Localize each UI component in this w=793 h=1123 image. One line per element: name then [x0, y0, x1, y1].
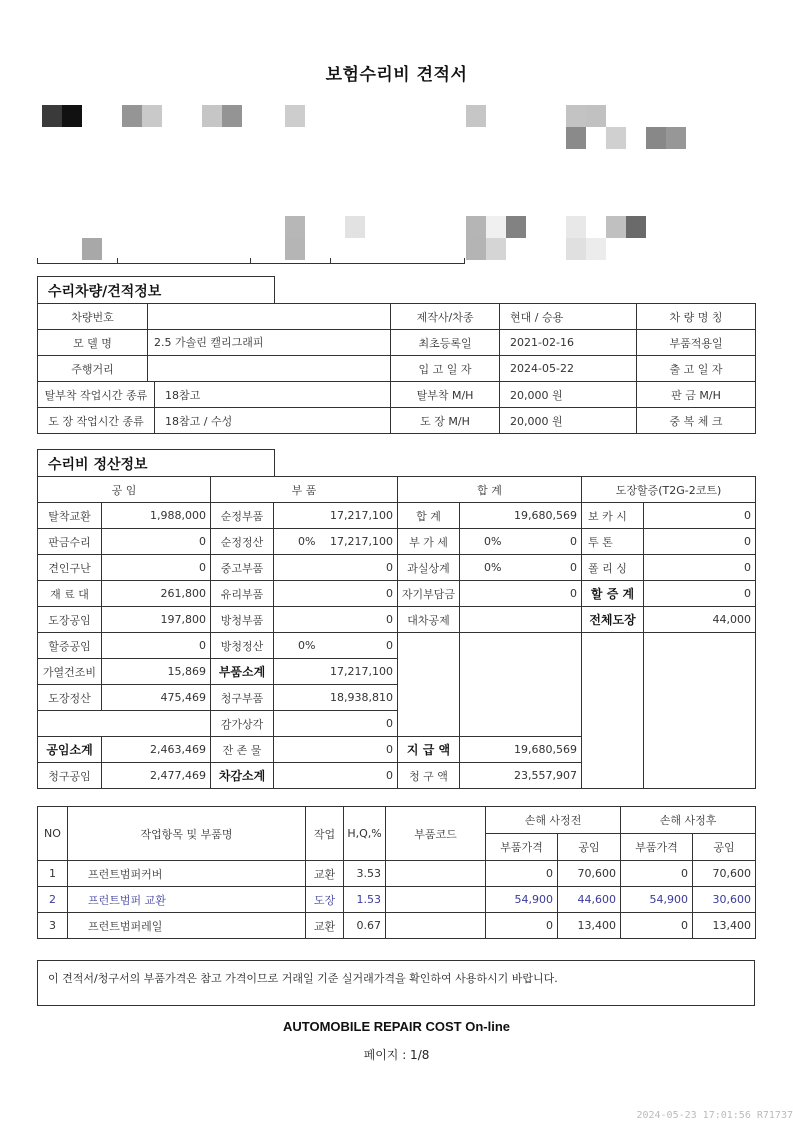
- field-value: [148, 304, 391, 330]
- field-label: 부품적용일: [637, 330, 756, 356]
- parts-label: 순정정산: [211, 529, 274, 555]
- parts-label: 방청부품: [211, 607, 274, 633]
- totals-value: 0%0: [460, 555, 582, 581]
- vehicle-row: 탈부착 작업시간 종류18참고탈부착 M/H20,000 원판 금 M/H20,…: [38, 382, 756, 408]
- parts-value: 17,217,100: [274, 659, 398, 685]
- vehicle-row: 도 장 작업시간 종류18참고 / 수성도 장 M/H20,000 원중 복 체…: [38, 408, 756, 434]
- labor-label: 탈착교환: [38, 503, 102, 529]
- vehicle-info-table: 차량번호제작사/차종현대 / 승용차 량 명 칭그랜저(22)-GN7모 델 명…: [37, 303, 756, 434]
- field-label: 판 금 M/H: [637, 382, 756, 408]
- item-part-code: [386, 861, 486, 887]
- item-part-code: [386, 913, 486, 939]
- page-indicator: 페이지 : 1/8: [0, 1046, 793, 1063]
- field-label: 차 량 명 칭: [637, 304, 756, 330]
- totals-label: 지 급 액: [398, 737, 460, 763]
- vehicle-row: 주행거리입 고 일 자2024-05-22출 고 일 자: [38, 356, 756, 382]
- labor-value: 2,463,469: [102, 737, 211, 763]
- empty-cell: [38, 711, 211, 737]
- labor-label: 가열건조비: [38, 659, 102, 685]
- totals-value: [460, 607, 582, 633]
- parts-value: 17,217,100: [274, 503, 398, 529]
- labor-label: 도장공임: [38, 607, 102, 633]
- labor-label: 견인구난: [38, 555, 102, 581]
- header-parts: 부 품: [211, 477, 398, 503]
- vehicle-row: 차량번호제작사/차종현대 / 승용차 량 명 칭그랜저(22)-GN7: [38, 304, 756, 330]
- field-label: 차량번호: [38, 304, 148, 330]
- repair-items-table: NO 작업항목 및 부품명 작업 H,Q,% 부품코드 손해 사정전 손해 사정…: [37, 806, 756, 939]
- field-label: 중 복 체 크: [637, 408, 756, 434]
- item-after-part-price: 54,900: [621, 887, 693, 913]
- parts-label: 차감소계: [211, 763, 274, 789]
- field-value: 18참고 / 수성: [155, 408, 391, 434]
- item-part-code: [386, 887, 486, 913]
- parts-label: 감가상각: [211, 711, 274, 737]
- item-before-part-price: 0: [486, 861, 558, 887]
- item-after-labor: 13,400: [693, 913, 756, 939]
- parts-label: 청구부품: [211, 685, 274, 711]
- parts-value: 0%17,217,100: [274, 529, 398, 555]
- parts-label: 순정부품: [211, 503, 274, 529]
- header-work: 작업: [306, 807, 344, 861]
- paint-value: 44,000: [644, 607, 756, 633]
- settlement-row: 탈착교환1,988,000순정부품17,217,100합 계19,680,569…: [38, 503, 756, 529]
- labor-value: 0: [102, 633, 211, 659]
- settlement-header-row: 공 임부 품합 계도장할증(T2G-2코트): [38, 477, 756, 503]
- labor-value: 15,869: [102, 659, 211, 685]
- item-row: 2프런트범퍼 교환도장1.5354,90044,60054,90030,600: [38, 887, 756, 913]
- settlement-row: 도장공임197,800방청부품0대차공제전체도장44,000: [38, 607, 756, 633]
- field-value: 현대 / 승용: [500, 304, 637, 330]
- header-totals: 합 계: [398, 477, 582, 503]
- labor-label: 할증공임: [38, 633, 102, 659]
- empty-cell: [644, 633, 756, 789]
- settlement-row: 재 료 대261,800유리부품0자기부담금0할 증 계0: [38, 581, 756, 607]
- redacted-header-mosaic: [0, 0, 793, 270]
- paint-value: 0: [644, 581, 756, 607]
- totals-label: 합 계: [398, 503, 460, 529]
- item-row: 1프런트범퍼커버교환3.53070,600070,600: [38, 861, 756, 887]
- labor-value: 261,800: [102, 581, 211, 607]
- header-hq: H,Q,%: [344, 807, 386, 861]
- parts-value: 0%0: [274, 633, 398, 659]
- parts-label: 부품소계: [211, 659, 274, 685]
- totals-label: 청 구 액: [398, 763, 460, 789]
- vehicle-section-title: 수리차량/견적정보: [37, 276, 275, 303]
- paint-label: 폴 리 싱: [582, 555, 644, 581]
- empty-cell: [398, 633, 460, 737]
- item-after-part-price: 0: [621, 913, 693, 939]
- field-label: 최초등록일: [391, 330, 500, 356]
- field-value: 2.5 가솔린 캘리그래피: [148, 330, 391, 356]
- parts-value: 0: [274, 607, 398, 633]
- parts-value: 0: [274, 763, 398, 789]
- item-before-part-price: 54,900: [486, 887, 558, 913]
- field-label: 주행거리: [38, 356, 148, 382]
- document-title: 보험수리비 견적서: [0, 60, 793, 85]
- item-hq: 3.53: [344, 861, 386, 887]
- totals-value: 0%0: [460, 529, 582, 555]
- labor-label: 공임소계: [38, 737, 102, 763]
- field-value: 2024-05-22: [500, 356, 637, 382]
- vehicle-row: 모 델 명2.5 가솔린 캘리그래피최초등록일2021-02-16부품적용일20…: [38, 330, 756, 356]
- parts-value: 18,938,810: [274, 685, 398, 711]
- parts-value: 0: [274, 581, 398, 607]
- field-value: 18참고: [155, 382, 391, 408]
- parts-pct: 0%: [278, 639, 315, 652]
- paint-label: 전체도장: [582, 607, 644, 633]
- paint-label: 보 카 시: [582, 503, 644, 529]
- header-before-adjust: 손해 사정전: [486, 807, 621, 834]
- header-before-part-price: 부품가격: [486, 834, 558, 861]
- field-label: 제작사/차종: [391, 304, 500, 330]
- item-name: 프런트범퍼레일: [68, 913, 306, 939]
- labor-value: 475,469: [102, 685, 211, 711]
- paint-value: 0: [644, 555, 756, 581]
- totals-label: 과실상계: [398, 555, 460, 581]
- settlement-row: 견인구난0중고부품0과실상계0%0폴 리 싱0: [38, 555, 756, 581]
- item-hq: 0.67: [344, 913, 386, 939]
- item-before-labor: 70,600: [558, 861, 621, 887]
- item-work: 교환: [306, 861, 344, 887]
- parts-label: 유리부품: [211, 581, 274, 607]
- totals-label: 부 가 세: [398, 529, 460, 555]
- parts-label: 잔 존 물: [211, 737, 274, 763]
- item-before-labor: 13,400: [558, 913, 621, 939]
- item-no: 2: [38, 887, 68, 913]
- print-timestamp: 2024-05-23 17:01:56 R71737: [636, 1110, 793, 1121]
- field-label: 도 장 M/H: [391, 408, 500, 434]
- item-before-part-price: 0: [486, 913, 558, 939]
- parts-pct: 0%: [278, 535, 315, 548]
- empty-cell: [460, 633, 582, 737]
- item-after-part-price: 0: [621, 861, 693, 887]
- parts-label: 방청정산: [211, 633, 274, 659]
- field-value: 20,000 원: [500, 408, 637, 434]
- item-work: 도장: [306, 887, 344, 913]
- labor-label: 도장정산: [38, 685, 102, 711]
- settlement-table: 공 임부 품합 계도장할증(T2G-2코트)탈착교환1,988,000순정부품1…: [37, 476, 756, 789]
- parts-value: 0: [274, 737, 398, 763]
- header-part-code: 부품코드: [386, 807, 486, 861]
- totals-label: 대차공제: [398, 607, 460, 633]
- item-before-labor: 44,600: [558, 887, 621, 913]
- header-after-adjust: 손해 사정후: [621, 807, 756, 834]
- parts-value: 0: [274, 711, 398, 737]
- header-after-labor: 공임: [693, 834, 756, 861]
- header-item-name: 작업항목 및 부품명: [68, 807, 306, 861]
- totals-pct: 0%: [464, 535, 501, 548]
- totals-value: 23,557,907: [460, 763, 582, 789]
- header-before-labor: 공임: [558, 834, 621, 861]
- labor-value: 0: [102, 555, 211, 581]
- labor-label: 청구공임: [38, 763, 102, 789]
- paint-label: 투 톤: [582, 529, 644, 555]
- item-hq: 1.53: [344, 887, 386, 913]
- paint-value: 0: [644, 529, 756, 555]
- field-label: 모 델 명: [38, 330, 148, 356]
- labor-label: 판금수리: [38, 529, 102, 555]
- totals-pct: 0%: [464, 561, 501, 574]
- field-label: 출 고 일 자: [637, 356, 756, 382]
- settlement-row: 판금수리0순정정산0%17,217,100부 가 세0%0투 톤0: [38, 529, 756, 555]
- item-name: 프런트범퍼커버: [68, 861, 306, 887]
- field-label: 입 고 일 자: [391, 356, 500, 382]
- price-notice: 이 견적서/청구서의 부품가격은 참고 가격이므로 거래일 기준 실거래가격을 …: [37, 960, 755, 1006]
- paint-label: 할 증 계: [582, 581, 644, 607]
- item-no: 3: [38, 913, 68, 939]
- labor-value: 1,988,000: [102, 503, 211, 529]
- header-after-part-price: 부품가격: [621, 834, 693, 861]
- settlement-section-title: 수리비 정산정보: [37, 449, 275, 476]
- header-paint-surcharge: 도장할증(T2G-2코트): [582, 477, 756, 503]
- totals-value: 0: [460, 581, 582, 607]
- totals-label: 자기부담금: [398, 581, 460, 607]
- totals-value: 19,680,569: [460, 737, 582, 763]
- item-after-labor: 70,600: [693, 861, 756, 887]
- item-row: 3프런트범퍼레일교환0.67013,400013,400: [38, 913, 756, 939]
- totals-value: 19,680,569: [460, 503, 582, 529]
- item-after-labor: 30,600: [693, 887, 756, 913]
- field-label: 도 장 작업시간 종류: [38, 408, 155, 434]
- item-no: 1: [38, 861, 68, 887]
- settlement-row: 할증공임0방청정산0%0: [38, 633, 756, 659]
- empty-cell: [582, 633, 644, 789]
- field-value: 20,000 원: [500, 382, 637, 408]
- parts-label: 중고부품: [211, 555, 274, 581]
- labor-value: 0: [102, 529, 211, 555]
- footer-brand: AUTOMOBILE REPAIR COST On-line: [0, 1019, 793, 1034]
- labor-value: 2,477,469: [102, 763, 211, 789]
- labor-value: 197,800: [102, 607, 211, 633]
- field-label: 탈부착 M/H: [391, 382, 500, 408]
- item-name: 프런트범퍼 교환: [68, 887, 306, 913]
- header-labor: 공 임: [38, 477, 211, 503]
- parts-value: 0: [274, 555, 398, 581]
- header-no: NO: [38, 807, 68, 861]
- item-work: 교환: [306, 913, 344, 939]
- field-label: 탈부착 작업시간 종류: [38, 382, 155, 408]
- field-value: [148, 356, 391, 382]
- paint-value: 0: [644, 503, 756, 529]
- field-value: 2021-02-16: [500, 330, 637, 356]
- labor-label: 재 료 대: [38, 581, 102, 607]
